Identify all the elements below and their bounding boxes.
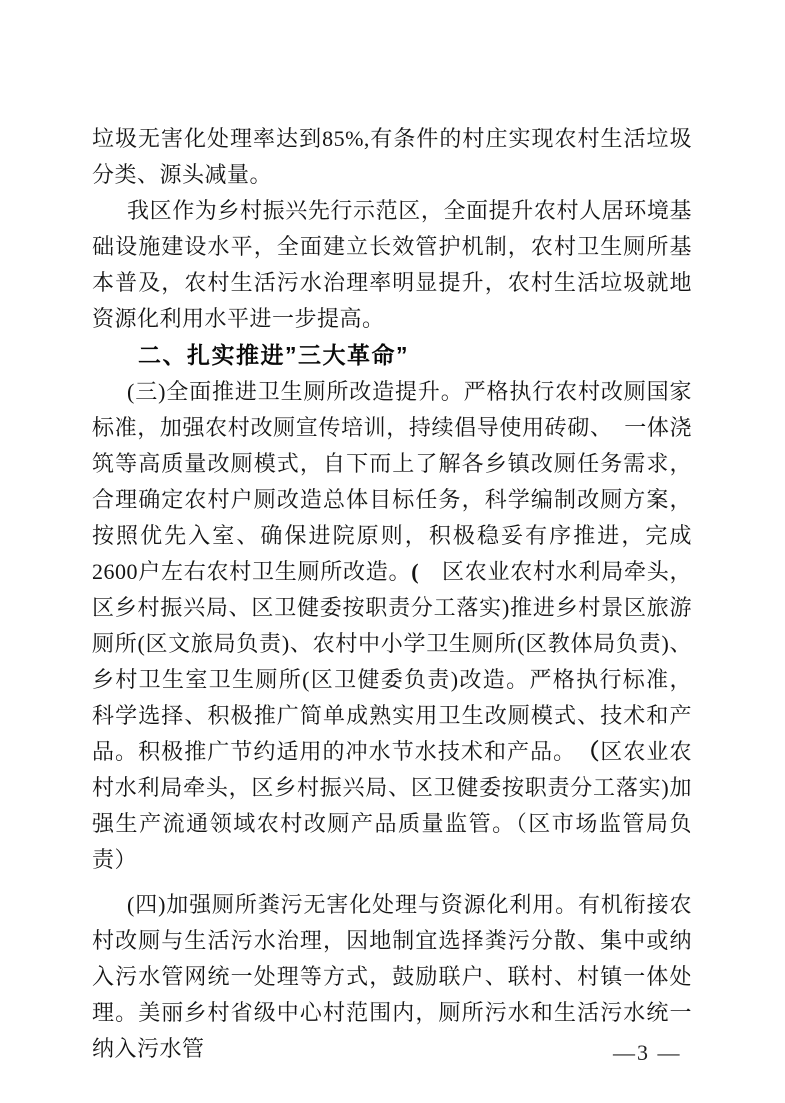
paragraph-toilet-renovation: (三)全面推进卫生厕所改造提升。严格执行农村改厕国家标准，加强农村改厕宣传培训，… xyxy=(92,374,692,878)
duty-assignment: (区教体局负责) xyxy=(517,631,669,656)
duty-assignment: (区卫健委负责) xyxy=(302,667,459,692)
paragraph-garbage-treatment: 垃圾无害化处理率达到85%,有条件的村庄实现农村生活垃圾分类、源头减量。 xyxy=(92,121,692,193)
duty-assignment: (区文旅局负责) xyxy=(137,631,289,656)
body-text: (三)全面推进卫生厕所改造提升。严格执行农村改厕国家标准，加强农村改厕宣传培训，… xyxy=(92,379,692,584)
lead-paren: （ xyxy=(588,739,600,764)
lead-paren: ( xyxy=(411,559,419,584)
paragraph-waste-treatment: (四)加强厕所粪污无害化处理与资源化利用。有机衔接农村改厕与生活污水治理，因地制… xyxy=(92,887,692,1067)
paragraph-district-overview: 我区作为乡村振兴先行示范区，全面提升农村人居环境基础设施建设水平，全面建立长效管… xyxy=(92,193,692,337)
section-heading: 二、扎实推进”三大革命” xyxy=(92,337,692,374)
page-number: —3 — xyxy=(613,1040,682,1066)
body-text: 、农村中小学卫生厕所 xyxy=(290,631,517,656)
document-page: 垃圾无害化处理率达到85%,有条件的村庄实现农村生活垃圾分类、源头减量。 我区作… xyxy=(0,0,785,1103)
document-text-block: 垃圾无害化处理率达到85%,有条件的村庄实现农村生活垃圾分类、源头减量。 我区作… xyxy=(92,121,692,1067)
